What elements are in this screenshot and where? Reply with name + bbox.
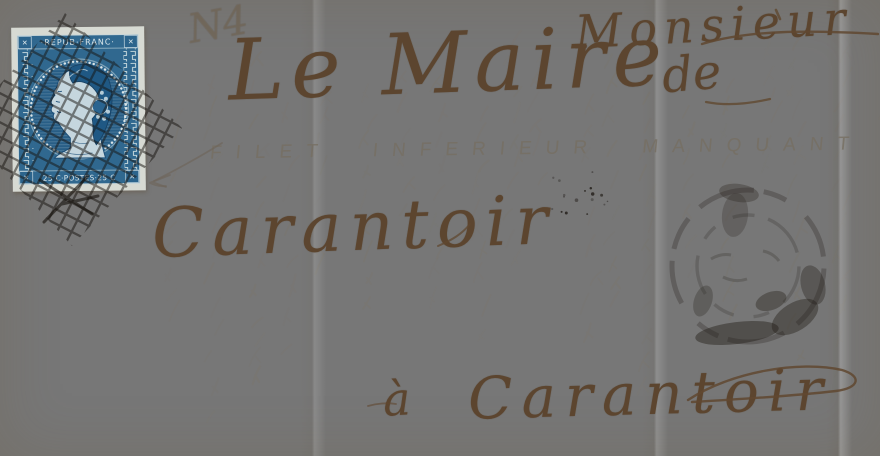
ink-speckles	[545, 165, 615, 225]
letter-cover-photo: ✕ ✕ ✕ ✕ ·REPUB·FRANC· 25 C·POSTES·25 C	[0, 0, 880, 456]
postmark-cds	[663, 181, 835, 353]
